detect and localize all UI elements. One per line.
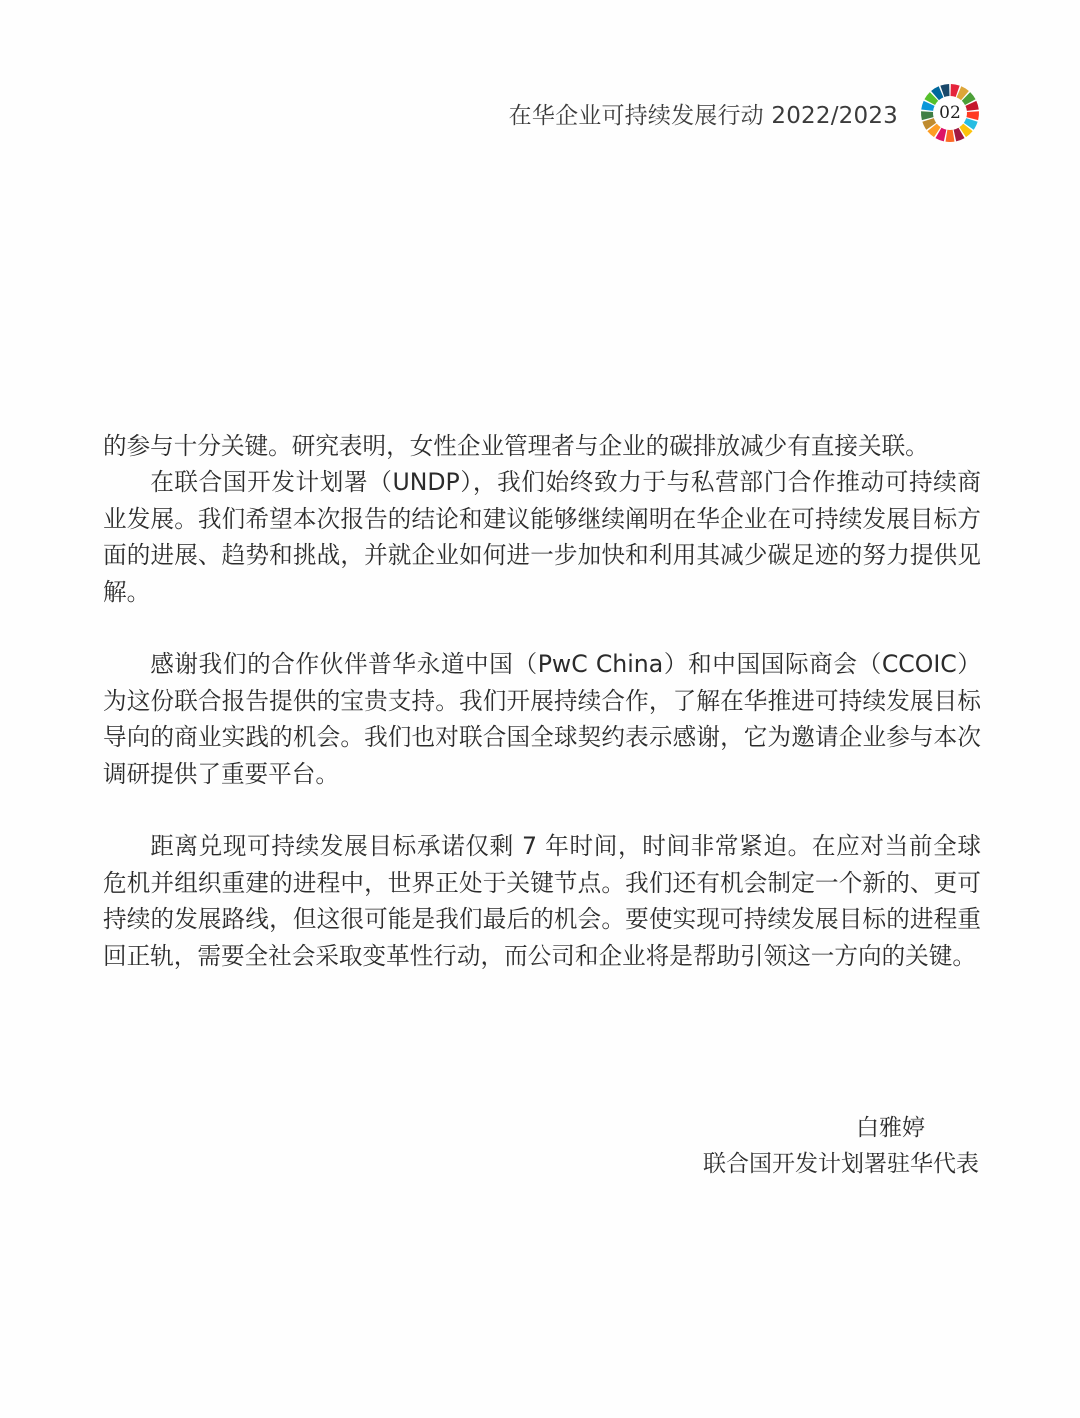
letter-body: 的参与十分关键。研究表明，女性企业管理者与企业的碳排放减少有直接关联。 在联合国… [103, 428, 981, 974]
paragraph-3: 距离兑现可持续发展目标承诺仅剩 7 年时间，时间非常紧迫。在应对当前全球危机并组… [103, 828, 981, 974]
report-title: 在华企业可持续发展行动 2022/2023 [509, 97, 898, 130]
signatory-name: 白雅婷 [703, 1110, 925, 1146]
page-header: 在华企业可持续发展行动 2022/2023 02 [509, 86, 980, 140]
paragraph-1: 在联合国开发计划署（UNDP），我们始终致力于与私营部门合作推动可持续商业发展。… [103, 464, 981, 610]
signatory-title: 联合国开发计划署驻华代表 [703, 1146, 979, 1182]
sdg-wheel-icon: 02 [920, 83, 980, 143]
page-number: 02 [920, 83, 980, 143]
paragraph-2: 感谢我们的合作伙伴普华永道中国（PwC China）和中国国际商会（CCOIC）… [103, 646, 981, 792]
paragraph-0: 的参与十分关键。研究表明，女性企业管理者与企业的碳排放减少有直接关联。 [103, 428, 981, 464]
signature-block: 白雅婷 联合国开发计划署驻华代表 [703, 1110, 979, 1182]
